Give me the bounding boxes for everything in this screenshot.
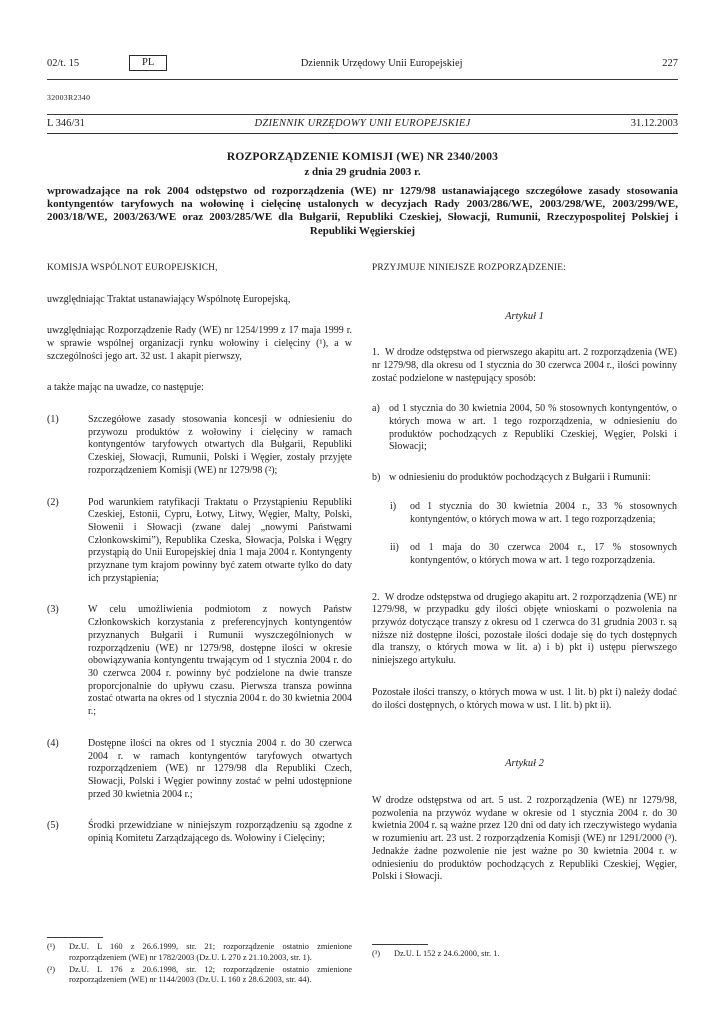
- celex-number: 32003R2340: [47, 93, 678, 102]
- issue-number: L 346/31: [47, 118, 167, 129]
- header-rule-bottom: [47, 133, 678, 134]
- item-marker: a): [372, 403, 389, 454]
- footnote-3: (³) Dz.U. L 152 z 24.6.2000, str. 1.: [372, 949, 677, 960]
- footnote-text: Dz.U. L 160 z 26.6.1999, str. 21; rozpor…: [69, 942, 352, 963]
- issue-header: L 346/31 DZIENNIK URZĘDOWY UNII EUROPEJS…: [47, 115, 678, 133]
- recital-number: (1): [47, 414, 88, 478]
- regulation-subtitle: wprowadzające na rok 2004 odstępstwo od …: [47, 185, 678, 238]
- article-1-paragraph-2: 2. W drodze odstępstwa od drugiego akapi…: [372, 592, 677, 668]
- recital-number: (5): [47, 820, 88, 845]
- header-rule-top: [47, 79, 678, 80]
- recital-number: (2): [47, 497, 88, 586]
- preamble-opening: KOMISJA WSPÓLNOT EUROPEJSKICH,: [47, 262, 352, 275]
- language-box: PL: [129, 55, 167, 71]
- footnote-rule: [372, 944, 428, 945]
- item-text: od 1 maja do 30 czerwca 2004 r., 17 % st…: [410, 542, 677, 567]
- footnote-text: Dz.U. L 176 z 20.6.1998, str. 12; rozpor…: [69, 965, 352, 986]
- article-1-paragraph-3: Pozostałe ilości transzy, o których mowa…: [372, 687, 677, 712]
- journal-title-caps: DZIENNIK URZĘDOWY UNII EUROPEJSKIEJ: [167, 118, 558, 129]
- page-header: 02/t. 15 PL Dziennik Urzędowy Unii Europ…: [47, 54, 678, 72]
- article-1-item-b-i: i) od 1 stycznia do 30 kwietnia 2004 r.,…: [390, 501, 677, 526]
- article-1-heading: Artykuł 1: [372, 311, 677, 324]
- volume-label: 02/t. 15: [47, 58, 129, 69]
- enacting-opening: PRZYJMUJE NINIEJSZE ROZPORZĄDZENIE:: [372, 262, 677, 275]
- recitals-intro: a także mając na uwadze, co następuje:: [47, 382, 352, 395]
- issue-date: 31.12.2003: [558, 118, 678, 129]
- item-text: od 1 stycznia do 30 kwietnia 2004 r., 33…: [410, 501, 677, 526]
- recital-item-3: (3) W celu umożliwienia podmiotom z nowy…: [47, 604, 352, 718]
- footnote-text: Dz.U. L 152 z 24.6.2000, str. 1.: [394, 949, 677, 960]
- article-1-item-b-ii: ii) od 1 maja do 30 czerwca 2004 r., 17 …: [390, 542, 677, 567]
- article-1-item-a: a) od 1 stycznia do 30 kwietnia 2004, 50…: [372, 403, 677, 454]
- page-number: 227: [596, 58, 678, 69]
- recital-item-1: (1) Szczegółowe zasady stosowania konces…: [47, 414, 352, 478]
- footnote-1: (¹) Dz.U. L 160 z 26.6.1999, str. 21; ro…: [47, 942, 352, 963]
- item-text: od 1 stycznia do 30 kwietnia 2004, 50 % …: [389, 403, 677, 454]
- footnote-rule: [47, 937, 103, 938]
- left-column: KOMISJA WSPÓLNOT EUROPEJSKICH, uwzględni…: [47, 262, 352, 986]
- footnote-marker: (¹): [47, 942, 69, 963]
- journal-page: 02/t. 15 PL Dziennik Urzędowy Unii Europ…: [0, 0, 725, 1024]
- item-marker: i): [390, 501, 410, 526]
- right-footnotes: (³) Dz.U. L 152 z 24.6.2000, str. 1.: [372, 944, 677, 986]
- recital-item-2: (2) Pod warunkiem ratyfikacji Traktatu o…: [47, 497, 352, 586]
- recital-text: Pod warunkiem ratyfikacji Traktatu o Prz…: [88, 497, 352, 586]
- recital-text: Szczegółowe zasady stosowania koncesji w…: [88, 414, 352, 478]
- regulation-title: ROZPORZĄDZENIE KOMISJI (WE) NR 2340/2003: [47, 151, 678, 163]
- item-marker: b): [372, 472, 389, 485]
- item-text: w odniesieniu do produktów pochodzących …: [389, 472, 677, 485]
- recital-text: W celu umożliwienia podmiotom z nowych P…: [88, 604, 352, 718]
- footnote-marker: (²): [47, 965, 69, 986]
- footnote-marker: (³): [372, 949, 394, 960]
- article-1-paragraph-1: 1. W drodze odstępstwa od pierwszego aka…: [372, 347, 677, 385]
- recital-item-4: (4) Dostępne ilości na okres od 1 styczn…: [47, 738, 352, 802]
- article-2-heading: Artykuł 2: [372, 758, 677, 771]
- article-1-item-b: b) w odniesieniu do produktów pochodzący…: [372, 472, 677, 485]
- recital-number: (4): [47, 738, 88, 802]
- item-marker: ii): [390, 542, 410, 567]
- recital-number: (3): [47, 604, 88, 718]
- article-2-paragraph-1: W drodze odstępstwa od art. 5 ust. 2 roz…: [372, 795, 677, 884]
- recital-item-5: (5) Środki przewidziane w niniejszym roz…: [47, 820, 352, 845]
- citation-paragraph-1: uwzględniając Traktat ustanawiający Wspó…: [47, 294, 352, 307]
- right-column: PRZYJMUJE NINIEJSZE ROZPORZĄDZENIE: Arty…: [372, 262, 677, 986]
- left-footnotes: (¹) Dz.U. L 160 z 26.6.1999, str. 21; ro…: [47, 937, 352, 985]
- footnote-2: (²) Dz.U. L 176 z 20.6.1998, str. 12; ro…: [47, 965, 352, 986]
- journal-title: Dziennik Urzędowy Unii Europejskiej: [167, 58, 596, 69]
- recital-text: Dostępne ilości na okres od 1 stycznia 2…: [88, 738, 352, 802]
- citation-paragraph-2: uwzględniając Rozporządzenie Rady (WE) n…: [47, 325, 352, 363]
- recital-text: Środki przewidziane w niniejszym rozporz…: [88, 820, 352, 845]
- regulation-title-block: ROZPORZĄDZENIE KOMISJI (WE) NR 2340/2003…: [47, 151, 678, 238]
- regulation-date: z dnia 29 grudnia 2003 r.: [47, 166, 678, 178]
- document-body: KOMISJA WSPÓLNOT EUROPEJSKICH, uwzględni…: [47, 262, 678, 986]
